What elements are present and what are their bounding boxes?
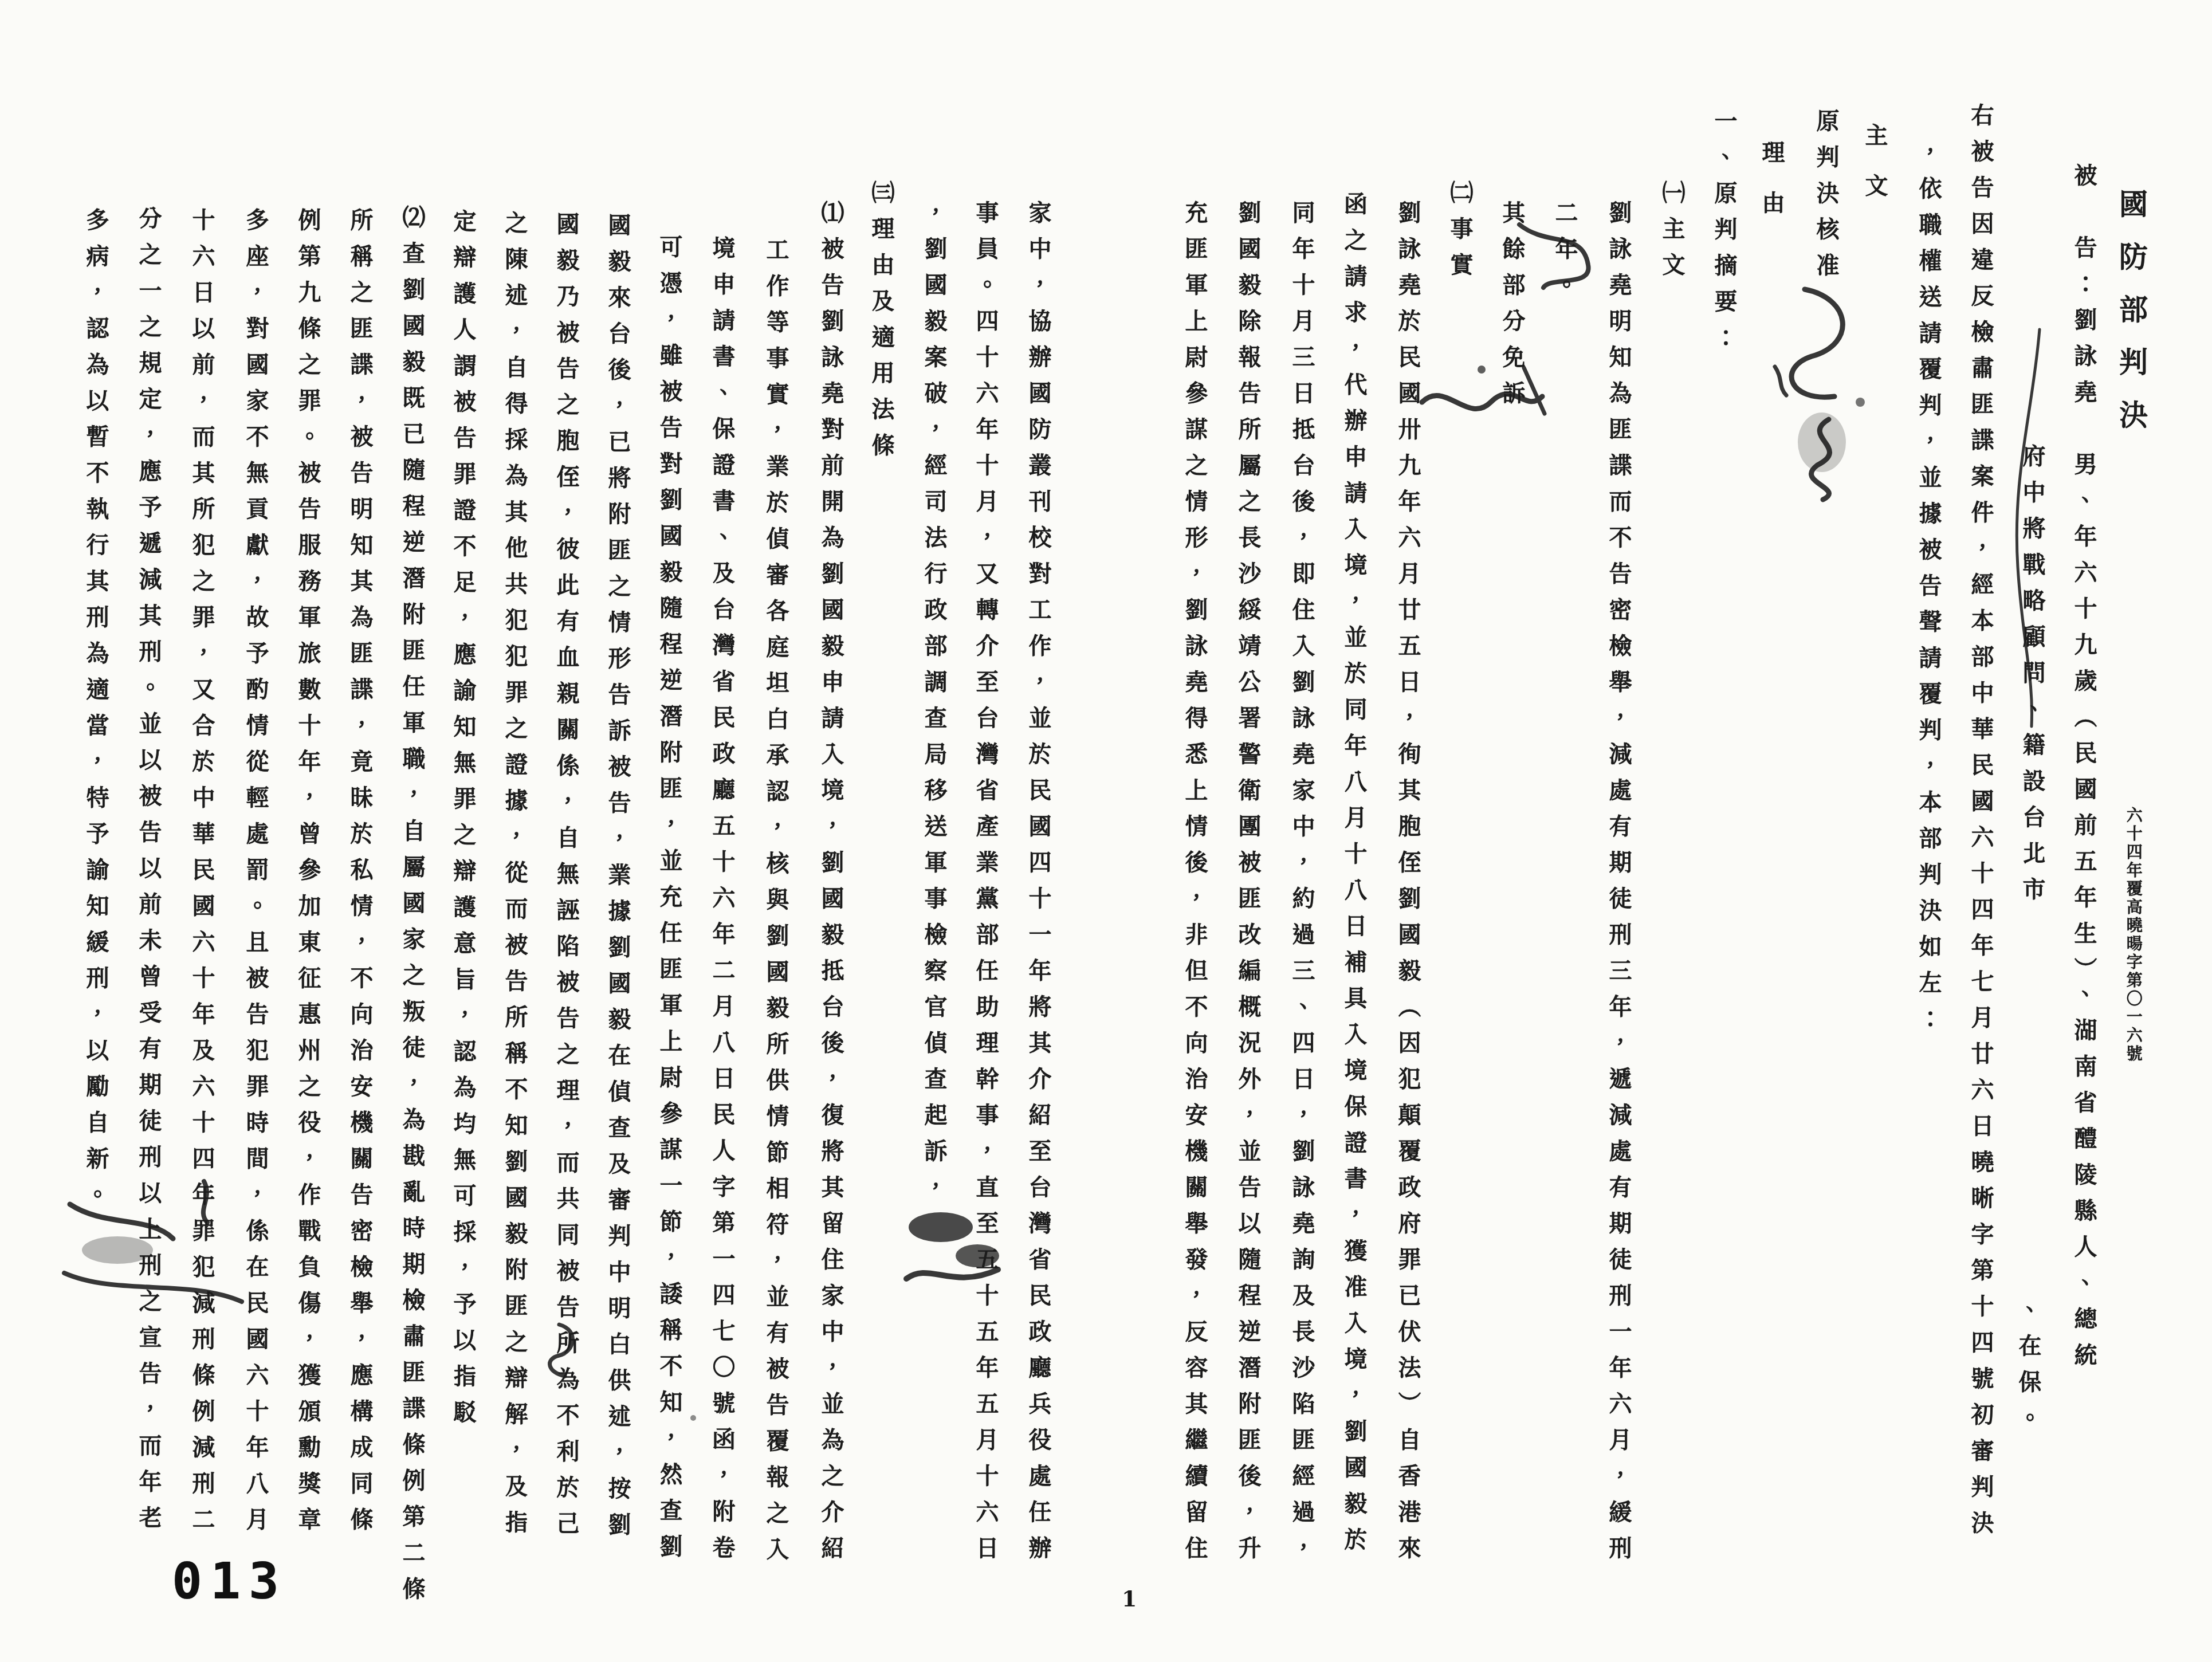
approval-scrawl-1 [1791, 289, 1842, 397]
approval-scrawl-2 [1811, 419, 1829, 500]
preamble-line-2: ，依職權送請覆判，並據被告聲請覆判，本部判決如左： [1916, 140, 1941, 1043]
reason-2-line-4: 多座，對國家不無貢獻，故予酌情從輕處罰。且被告犯罪時間，係在民國六十年八月 [243, 208, 268, 1543]
reason-1-line-5: 國毅來台後，已將附匪之情形告訴被告，業據劉國毅在偵查及審判中明白供述，按劉 [605, 213, 630, 1549]
ink-blob-1 [909, 1212, 973, 1242]
defendant-custody-note: 、在保。 [2015, 1298, 2041, 1442]
ink-speck-3 [1856, 398, 1865, 407]
section-1-heading: 一、原判摘要： [1711, 109, 1736, 362]
main-text-line-3: 其餘部分免訴 [1499, 201, 1525, 417]
facts-line-4: 劉國毅除報告所屬之長沙綏靖公署警衛團被匪改編概況外，並告以隨程逆潛附匪後，升 [1235, 201, 1260, 1572]
reason-1-line-7: 之陳述，自得採為其他共犯犯罪之證據，從而被告所稱不知劉國毅附匪之辯解，及指 [502, 211, 527, 1546]
defendant-info-line-1: 被 告：劉詠堯 男、年六十九歲（民國前五年生）、湖南省醴陵縣人、總統 [2071, 163, 2096, 1379]
defendant-info-line-2: 府中將戰略顧問、籍設台北市 [2020, 444, 2045, 913]
main-text-line-1: 劉詠堯明知為匪諜而不告密檢舉，減處有期徒刑三年，遞減處有期徒刑一年六月，緩刑 [1606, 201, 1631, 1572]
margin-scrawl-3 [1524, 368, 1545, 414]
preamble-line-1: 右被告因違反檢肅匪諜案件，經本部中華民國六十四年七月廿六日曉晰字第十四號初審判決 [1968, 103, 1993, 1547]
subsection-3-reasons: ㈢理由及適用法條 [869, 180, 894, 469]
facts-line-7: 事員。四十六年十月，又轉介至台灣省產業黨部任助理幹事，直至五十五年五月十六日 [973, 201, 998, 1572]
handwritten-smudge-overlay [0, 0, 2212, 1662]
reason-2-line-7: 多病，認為以暫不執行其刑為適當，特予諭知緩刑，以勵自新。 [83, 208, 108, 1219]
verdict-line: 原判決核准 [1813, 109, 1838, 289]
heading-reason: 理由 [1759, 140, 1784, 241]
reason-1-line-2: 工作等事實，業於偵審各庭坦白承認，核與劉國毅所供情節相符，並有被告覆報之入 [763, 238, 788, 1573]
subsection-2-facts: ㈡事實 [1447, 180, 1472, 289]
sheet-number: 1 [1122, 1586, 1137, 1612]
facts-line-5: 充匪軍上尉參謀之情形，劉詠堯得悉上情後，非但不向治安機關舉發，反容其繼續留住 [1182, 201, 1207, 1572]
archive-page-stamp: 013 [172, 1551, 287, 1610]
ink-blob-3 [1798, 412, 1846, 472]
approval-scrawl-3 [1775, 367, 1786, 395]
main-text-line-2: 二年。 [1552, 201, 1577, 309]
judgment-title: 國防部判決 [2116, 189, 2147, 453]
facts-line-1: 劉詠堯於民國卅九年六月廿五日，徇其胞侄劉國毅（因犯顛覆政府罪已伏法）自香港來 [1395, 201, 1420, 1572]
case-number: 六十四年覆高曉暘字第〇一六號 [2124, 807, 2142, 1063]
reason-1-line-4: 可憑，雖被告對劉國毅隨程逆潛附匪，並充任匪軍上尉參謀一節，諉稱不知，然查劉 [657, 235, 682, 1570]
reason-1-line-8: 定辯護人謂被告罪證不足，應諭知無罪之辯護意旨，認為均無可採，予以指駁 [450, 209, 476, 1436]
facts-line-6: 家中，協辦國防叢刊校對工作，並於民國四十一年將其介紹至台灣省民政廳兵役處任辦 [1026, 201, 1051, 1572]
reason-1-line-6: 國毅乃被告之胞侄，彼此有血親關係，自無誣陷被告之理，而共同被告所為不利於己 [553, 212, 579, 1547]
reason-1-line-1: ⑴被告劉詠堯對前開為劉國毅申請入境，劉國毅抵台後，復將其留住家中，並為之介紹 [818, 201, 843, 1572]
heading-main-text: 主文 [1862, 123, 1887, 224]
facts-line-3: 同年十月三日抵台後，即住入劉詠堯家中，約過三、四日，劉詠堯詢及長沙陷匪經過， [1289, 201, 1314, 1572]
ink-speck-2 [690, 1415, 696, 1421]
reason-2-line-5: 十六日以前，而其所犯之罪，又合於中華民國六十年及六十四年罪犯減刑條例減刑二 [189, 208, 214, 1543]
facts-line-2: 函之請求，代辦申請入境，並於同年八月十八日補具入境保證書，獲准入境，劉國毅於 [1341, 192, 1366, 1563]
ink-speck-1 [1478, 366, 1486, 374]
scanned-judgment-page: 國防部判決 六十四年覆高曉暘字第〇一六號 被 告：劉詠堯 男、年六十九歲（民國前… [0, 0, 2212, 1662]
reason-2-line-6: 分之一之規定，應予遞減其刑。並以被告以前未曾受有期徒刑以上刑之宣告，而年老 [136, 206, 161, 1542]
reason-2-line-1: ⑵查劉國毅既已隨程逆潛附匪任軍職，自屬國家之叛徒，為戡亂時期檢肅匪諜條例第二條 [399, 205, 425, 1613]
reason-2-line-2: 所稱之匪諜，被告明知其為匪諜，竟昧於私情，不向治安機關告密檢舉，應構成同條 [347, 208, 372, 1543]
reason-1-line-3: 境申請書、保證書、及台灣省民政廳五十六年二月八日民人字第一四七〇號函，附卷 [709, 236, 734, 1571]
facts-line-8: ，劉國毅案破，經司法行政部調查局移送軍事檢察官偵查起訴， [921, 201, 946, 1211]
reason-2-line-3: 例第九條之罪。被告服務軍旅數十年，曾參加東征惠州之役，作戰負傷，獲頒勳獎章 [295, 208, 320, 1543]
subsection-1-main: ㈠主文 [1659, 180, 1684, 289]
